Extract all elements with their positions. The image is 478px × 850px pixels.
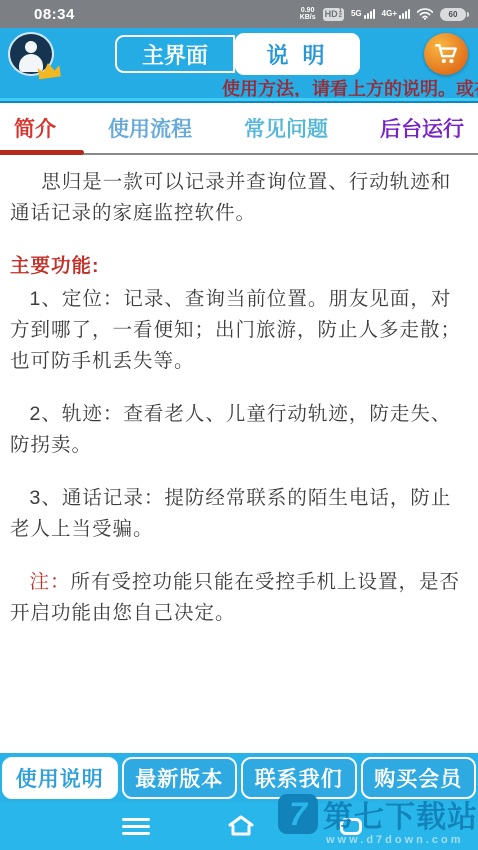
status-bar: 08:34 0.90 KB/s HD 1 2 5G 4G+	[0, 0, 478, 28]
wifi-icon	[417, 8, 433, 20]
shopping-cart-icon	[433, 41, 459, 67]
main-screen-button[interactable]: 主界面	[115, 35, 235, 73]
signal-4g-icon: 4G+	[382, 9, 410, 19]
intro-content: 思归是一款可以记录并查询位置、行动轨迹和通话记录的家庭监控软件。 主要功能: 1…	[0, 155, 478, 753]
bottom-button-bar: 使用说明 最新版本 联系我们 购买会员	[0, 753, 478, 803]
feature-item-track: 2、轨迹：查看老人、儿童行动轨迹，防走失、防拐卖。	[10, 399, 468, 461]
note-body: 所有受控功能只能在受控手机上设置，是否开启功能由您自己决定。	[10, 571, 460, 624]
battery-icon: 60	[440, 8, 466, 21]
system-navbar: 7 第七下载站 www.d7down.com	[0, 803, 478, 850]
user-avatar-icon[interactable]	[8, 32, 54, 76]
app-header: 主界面 说 明 使用方法，请看上方的说明。或在	[0, 28, 478, 103]
clock: 08:34	[34, 6, 75, 23]
usage-instructions-button[interactable]: 使用说明	[2, 757, 118, 799]
recent-apps-icon[interactable]	[340, 818, 362, 835]
signal-5g-icon: 5G	[351, 9, 375, 19]
tab-background-run[interactable]: 后台运行	[380, 113, 464, 143]
latest-version-button[interactable]: 最新版本	[122, 757, 238, 799]
watermark-url: www.d7down.com	[326, 834, 478, 846]
note-prefix: 注：	[30, 571, 71, 593]
network-speed-indicator: 0.90 KB/s	[300, 7, 316, 21]
notice-marquee: 使用方法，请看上方的说明。或在	[0, 75, 478, 97]
note-paragraph: 注：所有受控功能只能在受控手机上设置，是否开启功能由您自己决定。	[10, 567, 468, 629]
tab-faq[interactable]: 常见问题	[244, 113, 328, 143]
tab-usage-flow[interactable]: 使用流程	[108, 113, 192, 143]
home-icon[interactable]	[228, 815, 254, 837]
status-icons: 0.90 KB/s HD 1 2 5G 4G+	[300, 7, 466, 21]
notice-text: 使用方法，请看上方的说明。或在	[222, 75, 478, 97]
buy-membership-button[interactable]: 购买会员	[361, 757, 477, 799]
purchase-cart-button[interactable]	[424, 33, 468, 75]
tab-intro[interactable]: 简介	[14, 113, 56, 143]
menu-icon[interactable]	[122, 818, 150, 835]
app-screen: 08:34 0.90 KB/s HD 1 2 5G 4G+	[0, 0, 478, 850]
contact-us-button[interactable]: 联系我们	[241, 757, 357, 799]
active-tab-underline	[0, 150, 84, 155]
header-switch: 主界面 说 明	[115, 33, 360, 75]
feature-item-calllog: 3、通话记录：提防经常联系的陌生电话，防止老人上当受骗。	[10, 483, 468, 545]
feature-item-location: 1、定位：记录、查询当前位置。朋友见面，对方到哪了，一看便知；出门旅游，防止人多…	[10, 284, 468, 377]
section-tabbar: 简介 使用流程 常见问题 后台运行	[0, 103, 478, 155]
avatar-person-icon	[25, 41, 37, 53]
help-button[interactable]: 说 明	[235, 33, 360, 75]
intro-paragraph: 思归是一款可以记录并查询位置、行动轨迹和通话记录的家庭监控软件。	[10, 167, 468, 229]
volte-hd-icon: HD 1 2	[323, 8, 344, 21]
features-heading: 主要功能:	[10, 251, 468, 282]
